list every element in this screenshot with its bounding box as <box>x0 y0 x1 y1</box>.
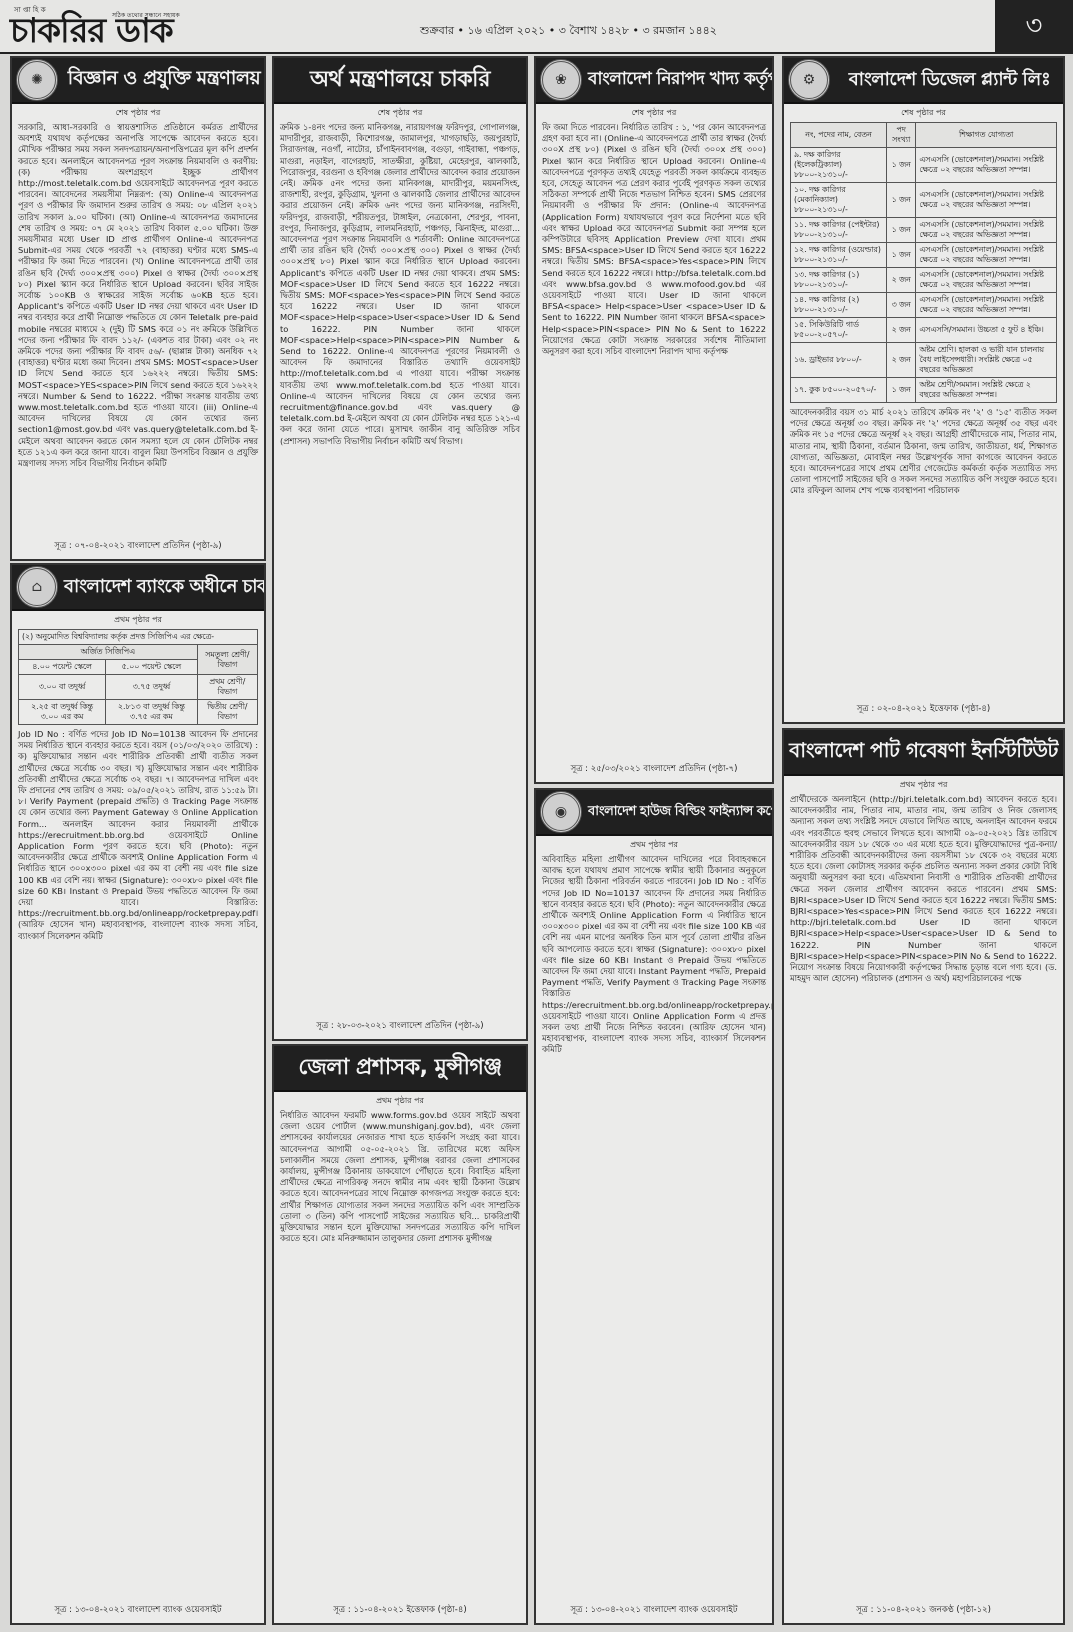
ad-body: প্রার্থীদেরকে অনলাইনে (http://bjri.telet… <box>784 794 1063 984</box>
table-row: ১১. দক্ষ কারিগর (পেইন্টার) ৮৮০০-২১৩১০/-১… <box>791 218 1057 243</box>
ad-title: বাংলাদেশ হাউজ বিল্ডিং ফাইন্যান্স কর্পোরে… <box>588 802 774 823</box>
ad-bfsa: ❀ বাংলাদেশ নিরাপদ খাদ্য কর্তৃপক্ষ শেষ পৃ… <box>534 56 774 784</box>
ad-body: আবেদনকারীর বয়স ৩১ মার্চ ২০২১ তারিখে ক্র… <box>784 407 1063 497</box>
ad-source: সূত্র : ১১-০৪-২০২১ জনকণ্ঠ (পৃষ্ঠা-১২) <box>784 1600 1063 1621</box>
table-caption: (২) অনুমোদিত বিশ্ববিদ্যালয় কর্তৃক প্রদত… <box>19 630 258 645</box>
table-row: ১৫. সিকিউরিটি গার্ড ৮৫০০-২০৫৭০/-২ জনএসএস… <box>791 318 1057 343</box>
table-row: ১৪. দক্ষ কারিগর (২) ৮৮০০-২১৩১০/-৩ জনএসএস… <box>791 293 1057 318</box>
table-row: ১৬. ড্রাইভার ৮৮০০/-২ জনঅষ্টম শ্রেণি। হাল… <box>791 343 1057 378</box>
continued-label: প্রথম পৃষ্ঠার পর <box>536 839 772 852</box>
table-row: ১৩. দক্ষ কারিগর (১) ৮৮০০-২১৩১০/-২ জনএসএস… <box>791 268 1057 293</box>
cgpa-table: (২) অনুমোদিত বিশ্ববিদ্যালয় কর্তৃক প্রদত… <box>18 629 258 725</box>
newspaper-tagline: সঠিক তথ্যের সন্ধানে সহায়ক <box>112 10 180 21</box>
ad-munshiganj-dc: জেলা প্রশাসক, মুন্সীগঞ্জ প্রথম পৃষ্ঠার প… <box>272 1044 528 1625</box>
ad-title: জেলা প্রশাসক, মুন্সীগঞ্জ <box>274 1050 526 1087</box>
ad-header: অর্থ মন্ত্রণালয়ে চাকরি <box>274 58 526 104</box>
bhbfc-emblem-icon: ◉ <box>540 791 582 833</box>
table-row: ১২. দক্ষ কারিগর (ওয়েল্ডার) ৮৮০০-২১৩১০/-… <box>791 243 1057 268</box>
ad-source: সূত্র : ১১-০৪-২০২১ ইত্তেফাক (পৃষ্ঠা-৪) <box>274 1600 526 1621</box>
ad-diesel-plant: ⚙ বাংলাদেশ ডিজেল প্ল্যান্ট লিঃ শেষ পৃষ্ঠ… <box>782 56 1065 724</box>
ad-body: ফি জমা দিতে পারবেন। নির্ধারিত তারিখ : ১,… <box>536 122 772 357</box>
issue-date: শুক্রবার • ১৬ এপ্রিল ২০২১ • ৩ বৈশাখ ১৪২৮… <box>420 22 717 41</box>
ad-most: ✺ বিজ্ঞান ও প্রযুক্তি মন্ত্রণালয় শেষ পৃ… <box>10 56 266 561</box>
ad-body: নির্ধারিত আবেদন ফরমটি www.forms.gov.bd ও… <box>274 1110 526 1244</box>
posts-table: নং, পদের নাম, বেতন পদ সংখ্যা শিক্ষাগত যো… <box>790 122 1057 403</box>
ad-header: বাংলাদেশ পাট গবেষণা ইনস্টিটিউট <box>784 730 1063 776</box>
ad-title: বাংলাদেশ নিরাপদ খাদ্য কর্তৃপক্ষ <box>588 66 774 94</box>
ad-source: সূত্র : ১৩-০৪-২০২১ বাংলাদেশ ব্যাংক ওয়েব… <box>12 1600 264 1621</box>
ad-header: ⌂ বাংলাদেশ ব্যাংকে অধীনে চাকরি <box>12 565 264 611</box>
ad-body: ক্রমিক ১-৪নং পদের জন্য মানিকগঞ্জ, নারায়… <box>274 122 526 447</box>
ad-finance-ministry: অর্থ মন্ত্রণালয়ে চাকরি শেষ পৃষ্ঠার পর ক… <box>272 56 528 1041</box>
ad-source: সূত্র : ২৮-০৩-২০২১ বাংলাদেশ প্রতিদিন (পৃ… <box>274 1016 526 1037</box>
ad-title: বাংলাদেশ ব্যাংকে অধীনে চাকরি <box>64 572 266 603</box>
ad-body: অবিবাহিত মহিলা প্রার্থীগণ আবেদন দাখিলের … <box>536 854 772 1056</box>
ad-source: সূত্র : ০৭-০৪-২০২১ বাংলাদেশ প্রতিদিন (পৃ… <box>12 536 264 557</box>
ad-header: জেলা প্রশাসক, মুন্সীগঞ্জ <box>274 1046 526 1092</box>
table-row: ১৭. কুক ৮৫০০-২০৫৭০/-১ জনঅষ্টম শ্রেণী/সমম… <box>791 378 1057 403</box>
ad-title: অর্থ মন্ত্রণালয়ে চাকরি <box>274 62 526 99</box>
continued-label: প্রথম পৃষ্ঠার পর <box>12 614 264 627</box>
diesel-plant-emblem-icon: ⚙ <box>788 59 830 101</box>
masthead: সা প্তা হি ক চাকরির ডাক সঠিক তথ্যের সন্ধ… <box>0 0 1073 54</box>
ad-header: ◉ বাংলাদেশ হাউজ বিল্ডিং ফাইন্যান্স কর্পো… <box>536 790 772 836</box>
table-row: ২.২৫ বা তদুর্ধ্ব কিন্তু ৩.০০ এর কম২.৮১৩ … <box>19 700 258 725</box>
ad-bjri: বাংলাদেশ পাট গবেষণা ইনস্টিটিউট প্রথম পৃষ… <box>782 728 1065 1625</box>
ad-title: বাংলাদেশ পাট গবেষণা ইনস্টিটিউট <box>784 736 1063 769</box>
ad-body: Job ID No : বর্ণিত পদের Job ID No=10138 … <box>12 729 264 942</box>
bank-emblem-icon: ⌂ <box>16 566 58 608</box>
bfsa-emblem-icon: ❀ <box>540 59 582 101</box>
continued-label: প্রথম পৃষ্ঠার পর <box>784 779 1063 792</box>
continued-label: শেষ পৃষ্ঠার পর <box>784 107 1063 120</box>
table-row: ৯. দক্ষ কারিগর (ইলেকট্রিক্যাল) ৮৮০০-২১৩১… <box>791 148 1057 183</box>
continued-label: শেষ পৃষ্ঠার পর <box>274 107 526 120</box>
continued-label: শেষ পৃষ্ঠার পর <box>536 107 772 120</box>
table-header: অর্জিত সিজিপিএ <box>19 645 198 660</box>
ad-source: সূত্র : ০২-০৪-২০২১ ইত্তেফাক (পৃষ্ঠা-৪) <box>784 699 1063 720</box>
ad-bhbfc: ◉ বাংলাদেশ হাউজ বিল্ডিং ফাইন্যান্স কর্পো… <box>534 788 774 1625</box>
ad-header: ⚙ বাংলাদেশ ডিজেল প্ল্যান্ট লিঃ <box>784 58 1063 104</box>
ad-title: বাংলাদেশ ডিজেল প্ল্যান্ট লিঃ <box>836 65 1063 96</box>
ad-source: সূত্র : ২৫/০৩/২০২১ বাংলাদেশ প্রতিদিন (পৃ… <box>536 759 772 780</box>
table-row: ১০. দক্ষ কারিগর (মেকানিক্যাল) ৮৮০০-২১৩১০… <box>791 183 1057 218</box>
ad-body: সরকারি, আধা-সরকারি ও স্বায়ত্তশাসিত প্রত… <box>12 122 264 469</box>
continued-label: শেষ পৃষ্ঠার পর <box>12 107 264 120</box>
ad-header: ✺ বিজ্ঞান ও প্রযুক্তি মন্ত্রণালয় <box>12 58 264 104</box>
ad-title: বিজ্ঞান ও প্রযুক্তি মন্ত্রণালয় <box>64 64 264 96</box>
ad-header: ❀ বাংলাদেশ নিরাপদ খাদ্য কর্তৃপক্ষ <box>536 58 772 104</box>
ad-bangladesh-bank: ⌂ বাংলাদেশ ব্যাংকে অধীনে চাকরি প্রথম পৃষ… <box>10 563 266 1625</box>
continued-label: প্রথম পৃষ্ঠার পর <box>274 1095 526 1108</box>
ad-source: সূত্র : ১৩-০৪-২০২১ বাংলাদেশ ব্যাংক ওয়েব… <box>536 1600 772 1621</box>
govt-emblem-icon: ✺ <box>16 59 58 101</box>
page-number: ৩ <box>995 0 1073 52</box>
table-row: ৩.০০ বা তদুর্ধ্ব৩.৭৫ তদুর্ধ্বপ্রথম শ্রেণ… <box>19 675 258 700</box>
